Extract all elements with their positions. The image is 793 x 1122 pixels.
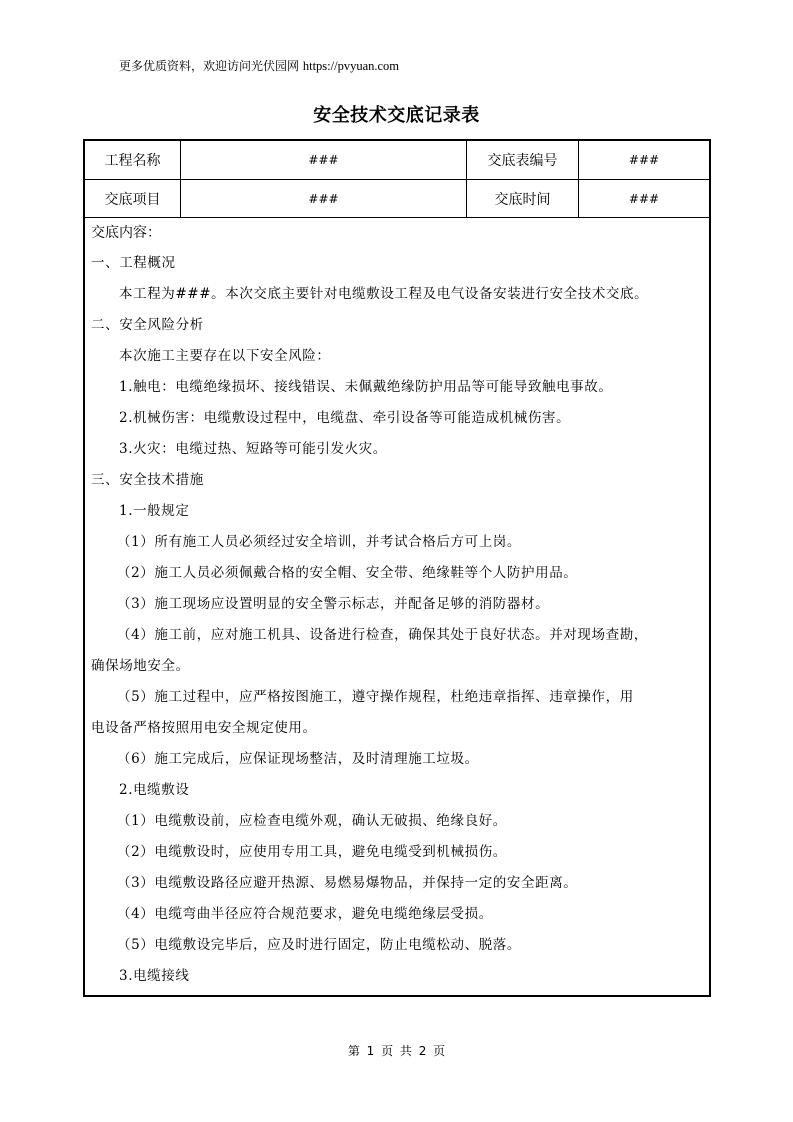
header-note-text: 更多优质资料，欢迎访问光伏园网 <box>119 59 299 73</box>
list-item: （4）施工前，应对施工机具、设备进行检查，确保其处于良好状态。并对现场查勘， <box>91 620 703 651</box>
list-item: （1）所有施工人员必须经过安全培训，并考试合格后方可上岗。 <box>91 527 703 558</box>
list-item: （5）施工过程中，应严格按图施工，遵守操作规程，杜绝违章指挥、违章操作，用 <box>91 682 703 713</box>
briefing-content: 交底内容： 一、工程概况 本工程为###。本次交底主要针对电缆敷设工程及电气设备… <box>85 218 709 992</box>
section-heading: 二、安全风险分析 <box>91 310 703 341</box>
info-row-project: 工程名称 ### 交底表编号 ### <box>85 141 709 180</box>
briefing-number-value: ### <box>579 141 709 179</box>
list-item-continued: 电设备严格按照用电安全规定使用。 <box>91 713 703 744</box>
subsection-heading: 1.一般规定 <box>91 496 703 527</box>
list-item: 2.机械伤害：电缆敷设过程中，电缆盘、牵引设备等可能造成机械伤害。 <box>91 403 703 434</box>
list-item: （1）电缆敷设前，应检查电缆外观，确认无破损、绝缘良好。 <box>91 806 703 837</box>
section-heading: 一、工程概况 <box>91 248 703 279</box>
list-item: （3）施工现场应设置明显的安全警示标志，并配备足够的消防器材。 <box>91 589 703 620</box>
document-title: 安全技术交底记录表 <box>0 104 793 128</box>
list-item-continued: 确保场地安全。 <box>91 651 703 682</box>
content-label: 交底内容： <box>91 218 703 248</box>
project-name-value: ### <box>181 141 467 179</box>
page-number: 第 1 页 共 2 页 <box>0 1042 793 1059</box>
paragraph: 本工程为###。本次交底主要针对电缆敷设工程及电气设备安装进行安全技术交底。 <box>91 279 703 310</box>
safety-briefing-table: 工程名称 ### 交底表编号 ### 交底项目 ### 交底时间 ### 交底内… <box>83 139 711 997</box>
section-heading: 三、安全技术措施 <box>91 465 703 496</box>
briefing-time-label: 交底时间 <box>467 180 579 217</box>
briefing-number-label: 交底表编号 <box>467 141 579 179</box>
subsection-heading: 2.电缆敷设 <box>91 775 703 806</box>
project-name-label: 工程名称 <box>85 141 181 179</box>
list-item: （4）电缆弯曲半径应符合规范要求，避免电缆绝缘层受损。 <box>91 899 703 930</box>
list-item: 1.触电：电缆绝缘损坏、接线错误、未佩戴绝缘防护用品等可能导致触电事故。 <box>91 372 703 403</box>
paragraph: 本次施工主要存在以下安全风险： <box>91 341 703 372</box>
header-note-url[interactable]: https://pvyuan.com <box>303 59 399 73</box>
briefing-item-label: 交底项目 <box>85 180 181 217</box>
list-item: （3）电缆敷设路径应避开热源、易燃易爆物品，并保持一定的安全距离。 <box>91 868 703 899</box>
list-item: 3.火灾：电缆过热、短路等可能引发火灾。 <box>91 434 703 465</box>
subsection-heading: 3.电缆接线 <box>91 961 703 992</box>
list-item: （2）施工人员必须佩戴合格的安全帽、安全带、绝缘鞋等个人防护用品。 <box>91 558 703 589</box>
briefing-item-value: ### <box>181 180 467 217</box>
briefing-time-value: ### <box>579 180 709 217</box>
header-note: 更多优质资料，欢迎访问光伏园网 https://pvyuan.com <box>119 58 399 74</box>
list-item: （6）施工完成后，应保证现场整洁，及时清理施工垃圾。 <box>91 744 703 775</box>
list-item: （2）电缆敷设时，应使用专用工具，避免电缆受到机械损伤。 <box>91 837 703 868</box>
list-item: （5）电缆敷设完毕后，应及时进行固定，防止电缆松动、脱落。 <box>91 930 703 961</box>
info-row-item: 交底项目 ### 交底时间 ### <box>85 180 709 218</box>
